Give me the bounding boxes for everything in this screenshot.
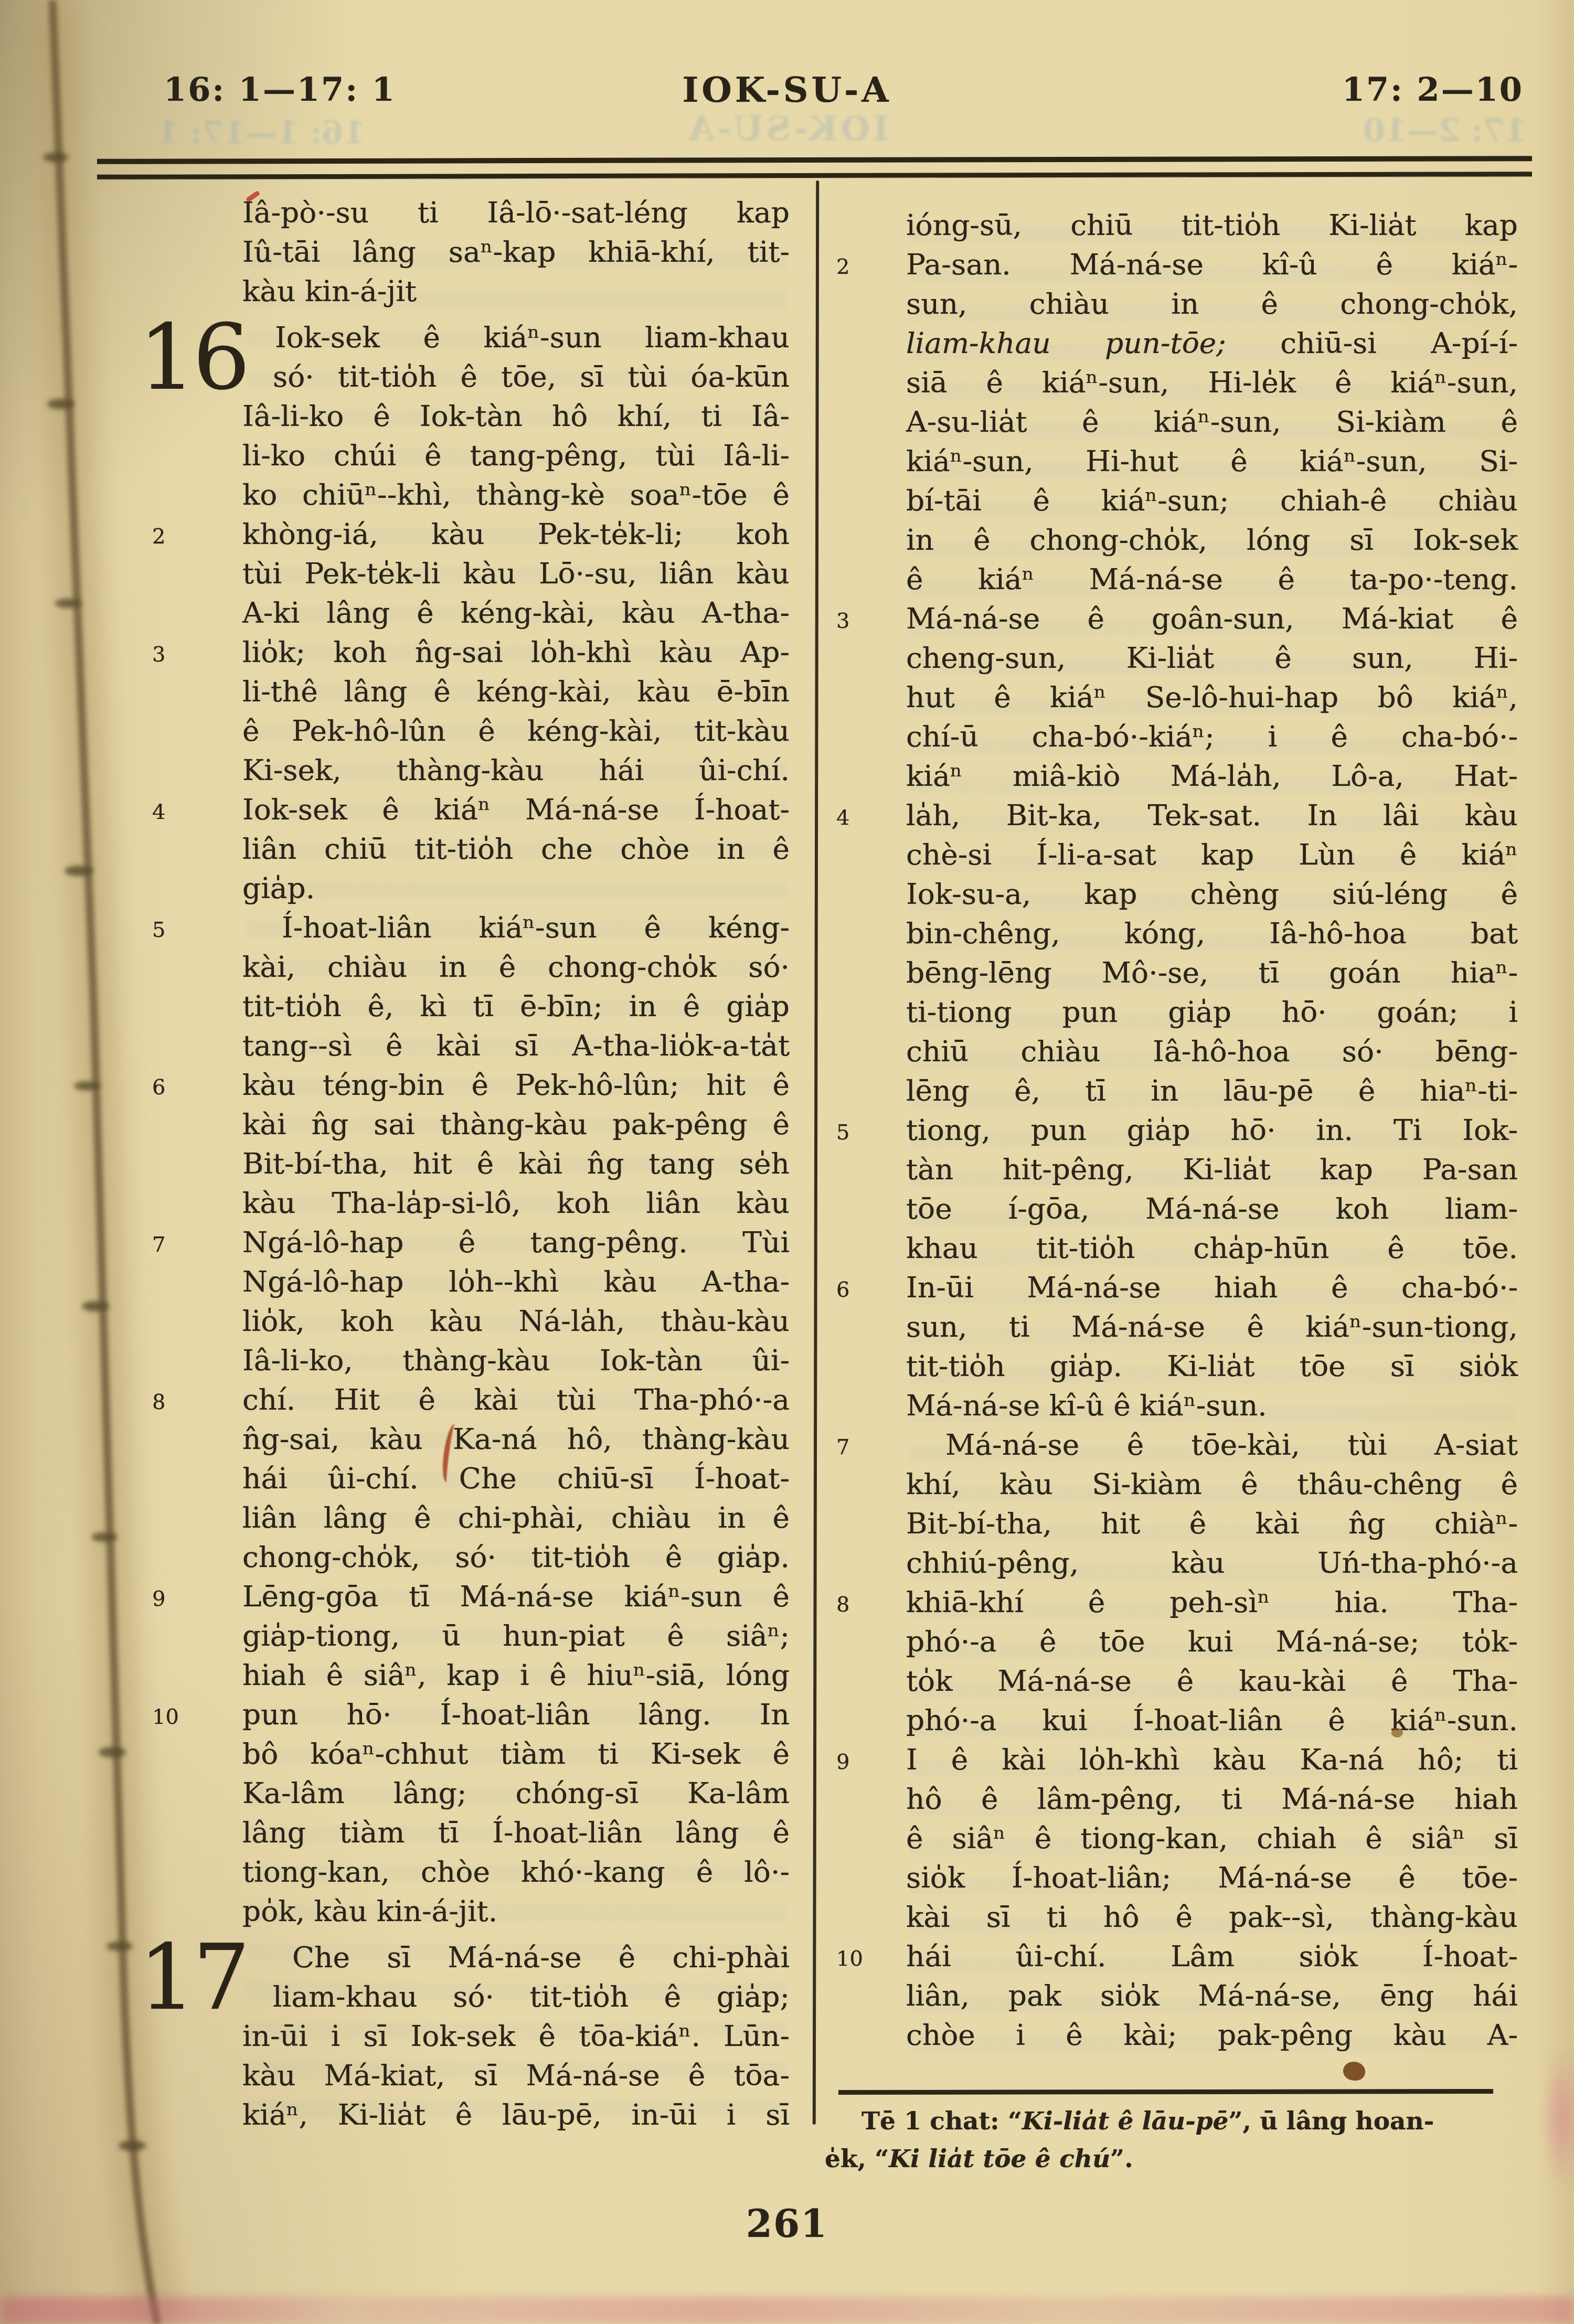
text-segment: sio̍k Í-hoat-liân; Má-ná-se ê tōe- — [906, 1861, 1518, 1894]
text-line: ê siâⁿ ê tiong-kan, chiah ê siâⁿ sī — [906, 1819, 1518, 1858]
text-line: chòe i ê kài; pak-pêng kàu A- — [906, 2016, 1518, 2055]
text-segment: khòng-iá, kàu Pek-te̍k-li; koh — [242, 517, 790, 551]
text-line: kiáⁿ, Ki-lia̍t ê lāu-pē, in-ūi i sī — [242, 2095, 790, 2135]
text-line: hái ûi-chí. Che chiū-sī Í-hoat- — [242, 1459, 790, 1498]
text-segment: hái ûi-chí. Lâm sio̍k Í-hoat- — [906, 1939, 1518, 1973]
text-line: khau tit-tio̍h cha̍p-hūn ê tōe. — [906, 1229, 1518, 1268]
text-segment: lio̍k; koh n̂g-sai lo̍h-khì kàu Ap- — [242, 635, 790, 669]
verse-number: 5 — [152, 911, 165, 950]
text-segment: khiā-khí ê peh-sìⁿ hia. Tha- — [906, 1585, 1518, 1619]
text-segment: kiáⁿ-sun, Hi-hut ê kiáⁿ-sun, Si- — [906, 444, 1518, 478]
text-segment: ”. — [1110, 2145, 1133, 2173]
text-line: e̍k, “Ki lia̍t tōe ê chú”. — [825, 2140, 1518, 2178]
text-line: Bit-bí-tha, hit ê kài n̂g chiàⁿ- — [906, 1504, 1518, 1543]
ghost-ref-left: 16: 1—17: 1 — [157, 114, 366, 151]
text-segment: Pa-san. Má-ná-se kî-û ê kiáⁿ- — [906, 248, 1518, 281]
text-segment: Iâ-pò·-su ti Iâ-lō·-sat-léng kap — [242, 196, 790, 229]
text-segment: kàu téng-bin ê Pek-hô-lûn; hit ê — [242, 1068, 790, 1102]
text-line: cheng-sun, Ki-lia̍t ê sun, Hi- — [906, 638, 1518, 678]
text-segment: liam-khau só· tit-tio̍h ê gia̍p; — [273, 1980, 790, 2013]
text-segment: tang--sì ê kài sī A-tha-lio̍k-a-ta̍t — [242, 1029, 790, 1062]
text-segment: hô ê lâm-pêng, ti Má-ná-se hiah — [906, 1782, 1518, 1816]
text-segment: li-thê lâng ê kéng-kài, kàu ē-bīn — [242, 675, 790, 708]
text-segment: bí-tāi ê kiáⁿ-sun; chiah-ê chiàu — [906, 484, 1518, 517]
text-line: bô kóaⁿ-chhut tiàm ti Ki-sek ê — [242, 1734, 790, 1774]
paragraph-block: Iâ-pò·-su ti Iâ-lō·-sat-léng kapIû-tāi l… — [242, 193, 790, 311]
text-segment: chiū chiàu Iâ-hô-hoa só· bēng- — [906, 1035, 1518, 1068]
text-line: Iok-sek ê kiáⁿ-sun liam-khau — [242, 318, 790, 357]
text-segment: chí. Hit ê kài tùi Tha-phó·-a — [242, 1383, 790, 1416]
italic-text-segment: Ki lia̍t tōe ê chú — [889, 2145, 1110, 2173]
text-segment: kiáⁿ, Ki-lia̍t ê lāu-pē, in-ūi i sī — [242, 2098, 790, 2131]
text-segment: Iok-sek ê kiáⁿ-sun liam-khau — [275, 321, 790, 354]
text-segment: sun, ti Má-ná-se ê kiáⁿ-sun-tiong, — [906, 1310, 1518, 1344]
text-line: liân lâng ê chi-phài, chiàu in ê — [242, 1498, 790, 1538]
text-segment: ióng-sū, chiū tit-tio̍h Ki-lia̍t kap — [906, 208, 1518, 242]
verse-number: 4 — [836, 798, 849, 838]
left-text-column: Iâ-pò·-su ti Iâ-lō·-sat-léng kapIû-tāi l… — [242, 193, 790, 2135]
text-line: hô ê lâm-pêng, ti Má-ná-se hiah — [906, 1779, 1518, 1819]
text-line: 7Má-ná-se ê tōe-kài, tùi A-siat — [906, 1425, 1518, 1465]
page-number: 261 — [714, 2201, 860, 2246]
text-line: Tē 1 chat: “Ki-lia̍t ê lāu-pē”, ū lâng h… — [825, 2103, 1518, 2140]
text-line: to̍k Má-ná-se ê kau-kài ê Tha- — [906, 1661, 1518, 1701]
text-segment: kiáⁿ miâ-kiò Má-la̍h, Lô-a, Hat- — [906, 759, 1518, 793]
text-line: 6kàu téng-bin ê Pek-hô-lûn; hit ê — [242, 1065, 790, 1105]
text-segment: Ka-lâm lâng; chóng-sī Ka-lâm — [242, 1776, 790, 1810]
text-segment: kài sī ti hô ê pak--sì, thàng-kàu — [906, 1900, 1518, 1934]
text-segment: pun hō· Í-hoat-liân lâng. In — [242, 1698, 790, 1731]
text-line: po̍k, kàu kin-á-jit. — [242, 1892, 790, 1931]
text-segment: Má-ná-se kî-û ê kiáⁿ-sun. — [906, 1389, 1267, 1422]
chapter-number: 16 — [139, 316, 247, 400]
text-line: li-thê lâng ê kéng-kài, kàu ē-bīn — [242, 672, 790, 711]
verse-number: 6 — [152, 1068, 165, 1107]
text-segment: Ngá-lô-hap ê tang-pêng. Tùi — [242, 1225, 790, 1259]
text-line: in-ūi i sī Iok-sek ê tōa-kiáⁿ. Lūn- — [242, 2017, 790, 2056]
text-line: gia̍p-tiong, ū hun-piat ê siâⁿ; — [242, 1616, 790, 1656]
text-line: kài, chiàu in ê chong-cho̍k só· — [242, 947, 790, 987]
text-segment: cheng-sun, Ki-lia̍t ê sun, Hi- — [906, 641, 1518, 675]
text-line: chong-cho̍k, só· tit-tio̍h ê gia̍p. — [242, 1538, 790, 1577]
text-segment: hut ê kiáⁿ Se-lô-hui-hap bô kiáⁿ, — [906, 680, 1518, 714]
right-text-column: ióng-sū, chiū tit-tio̍h Ki-lia̍t kap2Pa-… — [906, 206, 1518, 2055]
text-segment: n̂g-sai, kàu Ka-ná hô, thàng-kàu — [242, 1422, 790, 1456]
text-line: Má-ná-se kî-û ê kiáⁿ-sun. — [906, 1386, 1518, 1425]
text-segment: ê Pek-hô-lûn ê kéng-kài, tit-kàu — [242, 714, 790, 748]
text-line: liân chiū tit-tio̍h che chòe in ê — [242, 829, 790, 869]
text-line: khí, kàu Si-kiàm ê thâu-chêng ê — [906, 1465, 1518, 1504]
text-line: sun, ti Má-ná-se ê kiáⁿ-sun-tiong, — [906, 1307, 1518, 1347]
text-segment: ”, ū lâng hoan- — [1228, 2107, 1434, 2136]
ghost-ref-right: 17: 2—10 — [1363, 112, 1527, 149]
text-line: bí-tāi ê kiáⁿ-sun; chiah-ê chiàu — [906, 481, 1518, 520]
text-line: liân, pak sio̍k Má-ná-se, ēng hái — [906, 1976, 1518, 2016]
verse-number: 2 — [152, 517, 165, 557]
text-segment: Má-ná-se ê goân-sun, Má-kiat ê — [906, 602, 1518, 635]
text-segment: phó·-a kui Í-hoat-liân ê kiáⁿ-sun. — [906, 1703, 1518, 1737]
text-segment: khí, kàu Si-kiàm ê thâu-chêng ê — [906, 1467, 1518, 1501]
text-line: tit-tio̍h gia̍p. Ki-lia̍t tōe sī sio̍k — [906, 1347, 1518, 1386]
text-line: bin-chêng, kóng, Iâ-hô-hoa bat — [906, 914, 1518, 953]
text-line: 5Í-hoat-liân kiáⁿ-sun ê kéng- — [242, 908, 790, 947]
text-line: A-su-lia̍t ê kiáⁿ-sun, Si-kiàm ê — [906, 402, 1518, 442]
text-segment: Í-hoat-liân kiáⁿ-sun ê kéng- — [282, 911, 790, 944]
text-line: Iâ-li-ko ê Iok-tàn hô khí, ti Iâ- — [242, 397, 790, 436]
text-segment: tit-tio̍h gia̍p. Ki-lia̍t tōe sī sio̍k — [906, 1349, 1518, 1383]
chapter-block: 16Iok-sek ê kiáⁿ-sun liam-khausó· tit-ti… — [242, 318, 790, 1931]
text-line: ko chiūⁿ--khì, thàng-kè soaⁿ-tōe ê — [242, 475, 790, 515]
text-segment: tōe í-gōa, Má-ná-se koh liam- — [906, 1192, 1518, 1225]
chapter-number: 17 — [139, 1936, 247, 2020]
footnote: Tē 1 chat: “Ki-lia̍t ê lāu-pē”, ū lâng h… — [825, 2103, 1518, 2178]
brown-speck — [1391, 1728, 1403, 1737]
text-line: chè-si Í-li-a-sat kap Lùn ê kiáⁿ — [906, 835, 1518, 875]
text-line: tàn hit-pêng, Ki-lia̍t kap Pa-san — [906, 1150, 1518, 1189]
text-line: sun, chiàu in ê chong-cho̍k, — [906, 284, 1518, 324]
text-segment: kài n̂g sai thàng-kàu pak-pêng ê — [242, 1107, 790, 1141]
text-line: chí-ū cha-bó·-kiáⁿ; i ê cha-bó·- — [906, 717, 1518, 756]
text-line: sio̍k Í-hoat-liân; Má-ná-se ê tōe- — [906, 1858, 1518, 1897]
text-segment: lio̍k, koh kàu Ná-la̍h, thàu-kàu — [242, 1304, 790, 1338]
text-segment: hiah ê siâⁿ, kap i ê hiuⁿ-siā, lóng — [242, 1658, 790, 1692]
text-segment: liân, pak sio̍k Má-ná-se, ēng hái — [906, 1979, 1518, 2012]
text-line: 10hái ûi-chí. Lâm sio̍k Í-hoat- — [906, 1937, 1518, 1976]
text-line: lâng tiàm tī Í-hoat-liân lâng ê — [242, 1813, 790, 1852]
text-segment: Bit-bí-tha, hit ê kài n̂g tang se̍h — [242, 1147, 790, 1180]
text-line: Che sī Má-ná-se ê chi-phài — [242, 1938, 790, 1977]
text-segment: in ê chong-cho̍k, lóng sī Iok-sek — [906, 523, 1518, 557]
text-segment: Bit-bí-tha, hit ê kài n̂g chiàⁿ- — [906, 1507, 1518, 1540]
text-segment: Iok-sek ê kiáⁿ Má-ná-se Í-hoat- — [242, 793, 790, 826]
text-segment: tiong, pun gia̍p hō· in. Ti Iok- — [906, 1113, 1518, 1147]
pink-smudge-right-edge — [1541, 2045, 1574, 2192]
text-segment: Ngá-lô-hap lo̍h--khì kàu A-tha- — [242, 1265, 790, 1298]
text-line: 2khòng-iá, kàu Pek-te̍k-li; koh — [242, 515, 790, 554]
text-segment: gia̍p-tiong, ū hun-piat ê siâⁿ; — [242, 1619, 790, 1653]
text-segment: chí-ū cha-bó·-kiáⁿ; i ê cha-bó·- — [906, 720, 1518, 753]
text-line: 9I ê kài lo̍h-khì kàu Ka-ná hô; ti — [906, 1740, 1518, 1779]
text-line: liam-khau pun-tōe; chiū-si A-pí-í- — [906, 324, 1518, 363]
text-line: ióng-sū, chiū tit-tio̍h Ki-lia̍t kap — [906, 206, 1518, 245]
text-segment: Che sī Má-ná-se ê chi-phài — [292, 1941, 790, 1974]
paragraph-block: ióng-sū, chiū tit-tio̍h Ki-lia̍t kap2Pa-… — [906, 206, 1518, 2055]
text-segment: siā ê kiáⁿ-sun, Hi-le̍k ê kiáⁿ-sun, — [906, 366, 1518, 399]
running-head-right-ref: 17: 2—10 — [1342, 70, 1524, 109]
text-segment: A-ki lâng ê kéng-kài, kàu A-tha- — [242, 596, 790, 630]
text-line: in ê chong-cho̍k, lóng sī Iok-sek — [906, 520, 1518, 560]
text-segment: chhiú-pêng, kàu Uń-tha-phó·-a — [906, 1546, 1518, 1580]
text-line: Ka-lâm lâng; chóng-sī Ka-lâm — [242, 1774, 790, 1813]
text-line: tang--sì ê kài sī A-tha-lio̍k-a-ta̍t — [242, 1026, 790, 1065]
text-line: phó·-a kui Í-hoat-liân ê kiáⁿ-sun. — [906, 1701, 1518, 1740]
text-segment: ti-tiong pun gia̍p hō· goán; i — [906, 995, 1518, 1029]
text-segment: kàu kin-á-jit — [242, 274, 417, 308]
footnote-rule — [838, 2089, 1493, 2095]
text-segment: tàn hit-pêng, Ki-lia̍t kap Pa-san — [906, 1153, 1518, 1186]
text-segment: Ki-sek, thàng-kàu hái ûi-chí. — [242, 753, 790, 787]
text-line: tit-tio̍h ê, kì tī ē-bīn; in ê gia̍p — [242, 987, 790, 1026]
text-segment: po̍k, kàu kin-á-jit. — [242, 1894, 497, 1928]
text-segment: chiū-si A-pí-í- — [1226, 326, 1518, 360]
text-segment: lēng ê, tī in lāu-pē ê hiaⁿ-ti- — [906, 1074, 1518, 1107]
text-segment: tùi Pek-te̍k-li kàu Lō·-su, liân kàu — [242, 557, 790, 590]
text-line: kàu Má-kiat, sī Má-ná-se ê tōa- — [242, 2056, 790, 2095]
text-line: Bit-bí-tha, hit ê kài n̂g tang se̍h — [242, 1144, 790, 1184]
text-segment: chòe i ê kài; pak-pêng kàu A- — [906, 2018, 1518, 2052]
text-line: 4la̍h, Bit-ka, Tek-sat. In lâi kàu — [906, 796, 1518, 835]
text-line: lēng ê, tī in lāu-pē ê hiaⁿ-ti- — [906, 1071, 1518, 1111]
text-segment: ê siâⁿ ê tiong-kan, chiah ê siâⁿ sī — [906, 1821, 1518, 1855]
text-segment: kàu Má-kiat, sī Má-ná-se ê tōa- — [242, 2059, 790, 2092]
text-segment: Iâ-li-ko ê Iok-tàn hô khí, ti Iâ- — [242, 399, 790, 433]
text-line: liam-khau só· tit-tio̍h ê gia̍p; — [242, 1977, 790, 2017]
text-segment: kàu Tha-la̍p-si-lô, koh liân kàu — [242, 1186, 790, 1220]
text-segment: in-ūi i sī Iok-sek ê tōa-kiáⁿ. Lūn- — [242, 2019, 790, 2053]
text-line: n̂g-sai, kàu Ka-ná hô, thàng-kàu — [242, 1420, 790, 1459]
text-line: bēng-lēng Mô·-se, tī goán hiaⁿ- — [906, 953, 1518, 993]
text-line: só· tit-tio̍h ê tōe, sī tùi óa-kūn — [242, 357, 790, 397]
text-line: 8chí. Hit ê kài tùi Tha-phó·-a — [242, 1380, 790, 1420]
text-line: gia̍p. — [242, 869, 790, 908]
text-line: kài sī ti hô ê pak--sì, thàng-kàu — [906, 1897, 1518, 1937]
text-line: tōe í-gōa, Má-ná-se koh liam- — [906, 1189, 1518, 1229]
text-line: tiong-kan, chòe khó·-kang ê lô·- — [242, 1852, 790, 1892]
text-line: kàu kin-á-jit — [242, 272, 790, 311]
text-segment: Má-ná-se ê tōe-kài, tùi A-siat — [945, 1428, 1518, 1462]
text-segment: liân chiū tit-tio̍h che chòe in ê — [242, 832, 790, 866]
verse-number: 6 — [836, 1271, 849, 1310]
verse-number: 8 — [836, 1585, 849, 1625]
text-line: 3Má-ná-se ê goân-sun, Má-kiat ê — [906, 599, 1518, 638]
pink-smear-bottom-edge — [0, 2297, 1574, 2324]
text-line: chhiú-pêng, kàu Uń-tha-phó·-a — [906, 1543, 1518, 1583]
text-line: 6In-ūi Má-ná-se hiah ê cha-bó·- — [906, 1268, 1518, 1307]
verse-number: 2 — [836, 248, 849, 287]
text-segment: tiong-kan, chòe khó·-kang ê lô·- — [242, 1855, 790, 1889]
text-line: 3lio̍k; koh n̂g-sai lo̍h-khì kàu Ap- — [242, 633, 790, 672]
text-segment: I ê kài lo̍h-khì kàu Ka-ná hô; ti — [906, 1743, 1518, 1776]
verse-number: 5 — [836, 1113, 849, 1153]
text-line: chiū chiàu Iâ-hô-hoa só· bēng- — [906, 1032, 1518, 1071]
text-segment: gia̍p. — [242, 871, 315, 905]
text-segment: hái ûi-chí. Che chiū-sī Í-hoat- — [242, 1462, 790, 1495]
text-segment: bin-chêng, kóng, Iâ-hô-hoa bat — [906, 916, 1518, 950]
text-segment: sun, chiàu in ê chong-cho̍k, — [906, 287, 1518, 321]
text-line: kiáⁿ miâ-kiò Má-la̍h, Lô-a, Hat- — [906, 756, 1518, 796]
text-line: Iok-su-a, kap chèng siú-léng ê — [906, 875, 1518, 914]
chapter-block: 17Che sī Má-ná-se ê chi-phàiliam-khau só… — [242, 1938, 790, 2135]
text-line: hut ê kiáⁿ Se-lô-hui-hap bô kiáⁿ, — [906, 678, 1518, 717]
verse-number: 9 — [152, 1580, 165, 1619]
text-line: li-ko chúi ê tang-pêng, tùi Iâ-li- — [242, 436, 790, 475]
italic-text-segment: liam-khau pun-tōe; — [906, 326, 1226, 360]
text-segment: A-su-lia̍t ê kiáⁿ-sun, Si-kiàm ê — [906, 405, 1518, 439]
text-segment: li-ko chúi ê tang-pêng, tùi Iâ-li- — [242, 439, 790, 472]
text-line: lio̍k, koh kàu Ná-la̍h, thàu-kàu — [242, 1302, 790, 1341]
text-line: phó·-a ê tōe kui Má-ná-se; to̍k- — [906, 1622, 1518, 1661]
paragraph-block: Tē 1 chat: “Ki-lia̍t ê lāu-pē”, ū lâng h… — [825, 2103, 1518, 2178]
italic-text-segment: Ki-lia̍t ê lāu-pē — [1022, 2107, 1228, 2136]
text-segment: kài, chiàu in ê chong-cho̍k só· — [242, 950, 790, 984]
text-segment: In-ūi Má-ná-se hiah ê cha-bó·- — [906, 1271, 1518, 1304]
text-segment: Iû-tāi lâng saⁿ-kap khiā-khí, tit- — [242, 235, 790, 269]
verse-number: 9 — [836, 1743, 849, 1782]
verse-number: 7 — [152, 1225, 165, 1265]
running-head-title: IOK-SU-A — [0, 69, 1574, 110]
text-segment: ê kiáⁿ Má-ná-se ê ta-po·-teng. — [906, 562, 1518, 596]
text-segment: chong-cho̍k, só· tit-tio̍h ê gia̍p. — [242, 1540, 790, 1574]
text-line: kàu Tha-la̍p-si-lô, koh liân kàu — [242, 1184, 790, 1223]
text-line: 8khiā-khí ê peh-sìⁿ hia. Tha- — [906, 1583, 1518, 1622]
text-segment: ko chiūⁿ--khì, thàng-kè soaⁿ-tōe ê — [242, 478, 790, 511]
verse-number: 10 — [152, 1698, 179, 1737]
text-line: Iâ-li-ko, thàng-kàu Iok-tàn ûi- — [242, 1341, 790, 1380]
text-line: kài n̂g sai thàng-kàu pak-pêng ê — [242, 1105, 790, 1144]
text-line: tùi Pek-te̍k-li kàu Lō·-su, liân kàu — [242, 554, 790, 593]
text-line: 10pun hō· Í-hoat-liân lâng. In — [242, 1695, 790, 1734]
text-line: siā ê kiáⁿ-sun, Hi-le̍k ê kiáⁿ-sun, — [906, 363, 1518, 402]
text-line: 5tiong, pun gia̍p hō· in. Ti Iok- — [906, 1111, 1518, 1150]
verse-number: 4 — [152, 793, 165, 832]
text-segment: to̍k Má-ná-se ê kau-kài ê Tha- — [906, 1664, 1518, 1698]
text-line: hiah ê siâⁿ, kap i ê hiuⁿ-siā, lóng — [242, 1656, 790, 1695]
text-segment: Lēng-gōa tī Má-ná-se kiáⁿ-sun ê — [242, 1580, 790, 1613]
verse-number: 3 — [836, 602, 849, 641]
text-segment: Tē 1 chat: “ — [862, 2107, 1022, 2136]
text-segment: phó·-a ê tōe kui Má-ná-se; to̍k- — [906, 1625, 1518, 1658]
text-line: Ki-sek, thàng-kàu hái ûi-chí. — [242, 751, 790, 790]
text-line: Iâ-pò·-su ti Iâ-lō·-sat-léng kap — [242, 193, 790, 232]
text-segment: liân lâng ê chi-phài, chiàu in ê — [242, 1501, 790, 1534]
text-line: Iû-tāi lâng saⁿ-kap khiā-khí, tit- — [242, 232, 790, 272]
text-line: 9Lēng-gōa tī Má-ná-se kiáⁿ-sun ê — [242, 1577, 790, 1616]
header-double-rule — [97, 156, 1532, 179]
verse-number: 10 — [836, 1939, 863, 1979]
text-segment: Iâ-li-ko, thàng-kàu Iok-tàn ûi- — [242, 1344, 790, 1377]
verse-number: 3 — [152, 635, 165, 675]
text-line: 2Pa-san. Má-ná-se kî-û ê kiáⁿ- — [906, 245, 1518, 284]
text-line: 7Ngá-lô-hap ê tang-pêng. Tùi — [242, 1223, 790, 1262]
text-segment: chè-si Í-li-a-sat kap Lùn ê kiáⁿ — [906, 838, 1518, 871]
text-line: Ngá-lô-hap lo̍h--khì kàu A-tha- — [242, 1262, 790, 1302]
text-segment: bēng-lēng Mô·-se, tī goán hiaⁿ- — [906, 956, 1518, 989]
brown-stain-bottom — [1343, 2062, 1365, 2081]
text-segment: Iok-su-a, kap chèng siú-léng ê — [906, 877, 1518, 911]
scanned-book-page: IOK-SU-A 16: 1—17: 1 17: 2—10 16: 1—17: … — [0, 0, 1574, 2324]
text-line: ê Pek-hô-lûn ê kéng-kài, tit-kàu — [242, 711, 790, 751]
text-line: 4Iok-sek ê kiáⁿ Má-ná-se Í-hoat- — [242, 790, 790, 829]
column-divider-rule — [813, 180, 819, 2125]
text-segment: tit-tio̍h ê, kì tī ē-bīn; in ê gia̍p — [242, 989, 790, 1023]
text-segment: la̍h, Bit-ka, Tek-sat. In lâi kàu — [906, 798, 1518, 832]
text-segment: lâng tiàm tī Í-hoat-liân lâng ê — [242, 1816, 790, 1849]
text-segment: khau tit-tio̍h cha̍p-hūn ê tōe. — [906, 1231, 1518, 1265]
text-segment: e̍k, “ — [825, 2145, 889, 2173]
text-line: A-ki lâng ê kéng-kài, kàu A-tha- — [242, 593, 790, 633]
text-line: ê kiáⁿ Má-ná-se ê ta-po·-teng. — [906, 560, 1518, 599]
text-line: ti-tiong pun gia̍p hō· goán; i — [906, 993, 1518, 1032]
text-segment: só· tit-tio̍h ê tōe, sī tùi óa-kūn — [273, 360, 790, 393]
text-segment: bô kóaⁿ-chhut tiàm ti Ki-sek ê — [242, 1737, 790, 1771]
verse-number: 7 — [836, 1428, 849, 1467]
text-line: kiáⁿ-sun, Hi-hut ê kiáⁿ-sun, Si- — [906, 442, 1518, 481]
verse-number: 8 — [152, 1383, 165, 1422]
